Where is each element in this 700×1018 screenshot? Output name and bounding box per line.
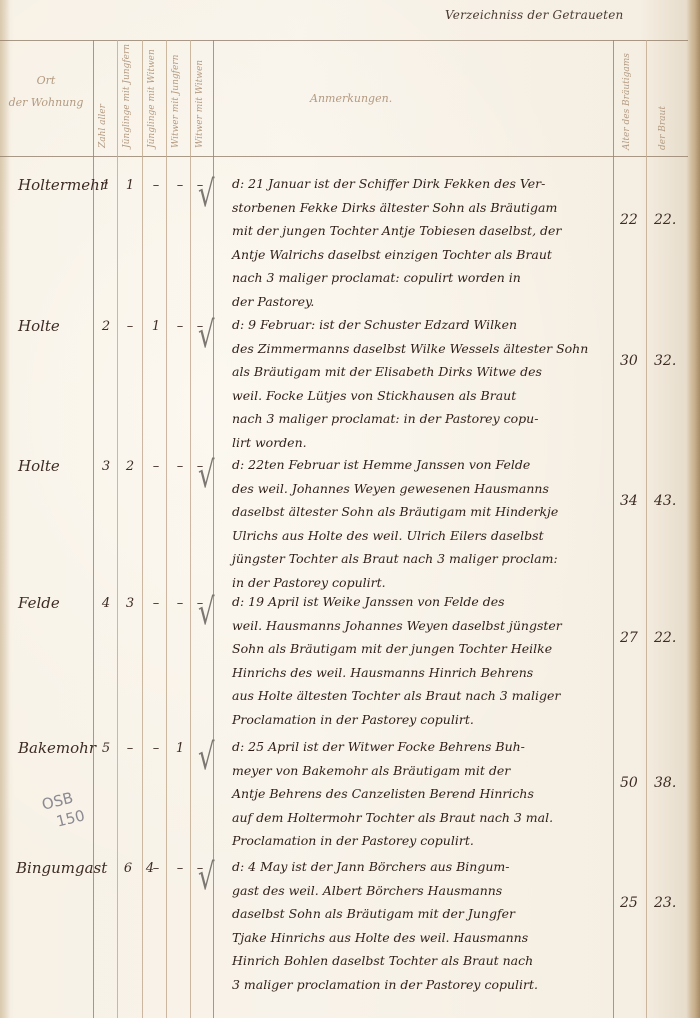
entry-col-b: – (148, 459, 164, 474)
header-widowers-widows: Witwer mit Witwen (195, 48, 205, 148)
entry-number: 3 (98, 459, 114, 474)
column-rule (613, 40, 614, 1018)
entry-text: d: 25 April ist der Witwer Focke Behrens… (232, 735, 612, 853)
header-place: Ort der Wohnung (6, 70, 86, 114)
entry-text-line: Hinrichs des weil. Hausmanns Hinrich Beh… (232, 661, 612, 685)
entry-text-line: d: 21 Januar ist der Schiffer Dirk Fekke… (232, 172, 612, 196)
checkmark-icon: √ (198, 737, 215, 779)
entry-place: Holtermehr (18, 176, 107, 194)
checkmark-icon: √ (198, 592, 215, 634)
entry-col-b: – (148, 741, 164, 756)
bride-age: 23. (654, 895, 676, 911)
entry-col-a: 1 (122, 178, 138, 193)
entry-text: d: 19 April ist Weike Janssen von Felde … (232, 590, 612, 731)
entry-text-line: 3 maliger proclamation in der Pastorey c… (232, 973, 612, 997)
manuscript-page: Verzeichniss der Getraueten Ort der Wohn… (0, 0, 700, 1018)
column-rule (166, 40, 167, 1018)
entry-place: Holte (18, 457, 60, 475)
groom-age: 50 (620, 775, 638, 791)
entry-col-b: – (148, 596, 164, 611)
entry-text: d: 21 Januar ist der Schiffer Dirk Fekke… (232, 172, 612, 313)
checkmark-icon: √ (198, 174, 215, 216)
entry-text-line: weil. Hausmanns Johannes Weyen daselbst … (232, 614, 612, 638)
groom-age: 25 (620, 895, 638, 911)
header-groom-age: Alter des Bräutigams (622, 44, 632, 150)
entry-text-line: d: 9 Februar: ist der Schuster Edzard Wi… (232, 313, 612, 337)
entry-text-line: auf dem Holtermohr Tochter als Braut nac… (232, 806, 612, 830)
entry-text-line: Antje Walrichs daselbst einzigen Tochter… (232, 243, 612, 267)
bride-age: 22. (654, 212, 676, 228)
entry-col-c: – (172, 861, 188, 876)
entry-text-line: meyer von Bakemohr als Bräutigam mit der (232, 759, 612, 783)
column-rule (190, 40, 191, 1018)
entry-col-c: – (172, 319, 188, 334)
header-bride-age: der Braut (658, 44, 668, 150)
entry-text-line: Tjake Hinrichs aus Holte des weil. Hausm… (232, 926, 612, 950)
entry-text-line: d: 25 April ist der Witwer Focke Behrens… (232, 735, 612, 759)
entry-col-c: – (172, 178, 188, 193)
pencil-annotation: OSB 150 (40, 786, 87, 834)
header-place-line: Ort (6, 70, 86, 92)
header-bottom-rule (0, 156, 688, 157)
entry-text-line: nach 3 maliger proclamat: in der Pastore… (232, 407, 612, 431)
bride-age: 22. (654, 630, 676, 646)
entry-text-line: Ulrichs aus Holte des weil. Ulrich Eiler… (232, 524, 612, 548)
bride-age: 43. (654, 493, 676, 509)
entry-col-c: 1 (172, 741, 188, 756)
page-edge-left (0, 0, 10, 1018)
entry-text-line: aus Holte ältesten Tochter als Braut nac… (232, 684, 612, 708)
groom-age: 30 (620, 353, 638, 369)
entry-text-line: jüngster Tochter als Braut nach 3 malige… (232, 547, 612, 571)
entry-text-line: als Bräutigam mit der Elisabeth Dirks Wi… (232, 360, 612, 384)
entry-text-line: Hinrich Bohlen daselbst Tochter als Brau… (232, 949, 612, 973)
header-top-rule (0, 40, 688, 41)
register-title: Verzeichniss der Getraueten (445, 8, 623, 22)
entry-col-a: 3 (122, 596, 138, 611)
entry-text-line: d: 22ten Februar ist Hemme Janssen von F… (232, 453, 612, 477)
entry-text: d: 4 May ist der Jann Börchers aus Bingu… (232, 855, 612, 996)
entry-place: Bingumgast (16, 859, 107, 877)
header-total: Zahl aller (98, 82, 108, 148)
entry-col-b: 1 (148, 319, 164, 334)
entry-number: 4 (98, 596, 114, 611)
entry-col-a: – (122, 319, 138, 334)
entry-text: d: 9 Februar: ist der Schuster Edzard Wi… (232, 313, 612, 454)
header-widowers-maidens: Witwer mit Jungfern (171, 48, 181, 148)
header-place-line: der Wohnung (6, 92, 86, 114)
entry-col-b: – (148, 178, 164, 193)
entry-text-line: der Pastorey. (232, 290, 612, 314)
entry-text-line: storbenen Fekke Dirks ältester Sohn als … (232, 196, 612, 220)
entry-text-line: daselbst ältester Sohn als Bräutigam mit… (232, 500, 612, 524)
groom-age: 27 (620, 630, 638, 646)
header-bachelors-widows: Jünglinge mit Witwen (147, 48, 157, 148)
column-rule (646, 40, 647, 1018)
header-notes: Anmerkungen. (310, 92, 392, 105)
entry-text-line: d: 4 May ist der Jann Börchers aus Bingu… (232, 855, 612, 879)
entry-place: Holte (18, 317, 60, 335)
groom-age: 34 (620, 493, 638, 509)
entry-col-c: – (172, 596, 188, 611)
entry-text-line: Proclamation in der Pastorey copulirt. (232, 829, 612, 853)
entry-text-line: weil. Focke Lütjes von Stickhausen als B… (232, 384, 612, 408)
entry-col-c: – (172, 459, 188, 474)
column-rule (117, 40, 118, 1018)
entry-text-line: Antje Behrens des Canzelisten Berend Hin… (232, 782, 612, 806)
entry-col-a: 2 (122, 459, 138, 474)
entry-col-a: – (122, 741, 138, 756)
entry-text-line: Sohn als Bräutigam mit der jungen Tochte… (232, 637, 612, 661)
entry-place: Felde (18, 594, 60, 612)
checkmark-icon: √ (198, 455, 215, 497)
entry-text-line: gast des weil. Albert Börchers Hausmanns (232, 879, 612, 903)
entry-number: 5 (98, 741, 114, 756)
entry-text-line: Proclamation in der Pastorey copulirt. (232, 708, 612, 732)
entry-number: 1 (98, 178, 114, 193)
entry-text-line: des Zimmermanns daselbst Wilke Wessels ä… (232, 337, 612, 361)
bride-age: 32. (654, 353, 676, 369)
entry-text: d: 22ten Februar ist Hemme Janssen von F… (232, 453, 612, 594)
checkmark-icon: √ (198, 857, 215, 899)
header-bachelors-maidens: Jünglinge mit Jungfern (122, 48, 132, 148)
page-binding-right (686, 0, 700, 1018)
checkmark-icon: √ (198, 315, 215, 357)
entry-text-line: mit der jungen Tochter Antje Tobiesen da… (232, 219, 612, 243)
entry-number: 6 (120, 861, 136, 876)
groom-age: 22 (620, 212, 638, 228)
entry-text-line: d: 19 April ist Weike Janssen von Felde … (232, 590, 612, 614)
entry-place: Bakemohr (18, 739, 96, 757)
entry-col-b: – (148, 861, 164, 876)
entry-text-line: des weil. Johannes Weyen gewesenen Hausm… (232, 477, 612, 501)
entry-text-line: daselbst Sohn als Bräutigam mit der Jung… (232, 902, 612, 926)
entry-text-line: nach 3 maliger proclamat: copulirt worde… (232, 266, 612, 290)
bride-age: 38. (654, 775, 676, 791)
entry-number: 2 (98, 319, 114, 334)
entry-text-line: lirt worden. (232, 431, 612, 455)
